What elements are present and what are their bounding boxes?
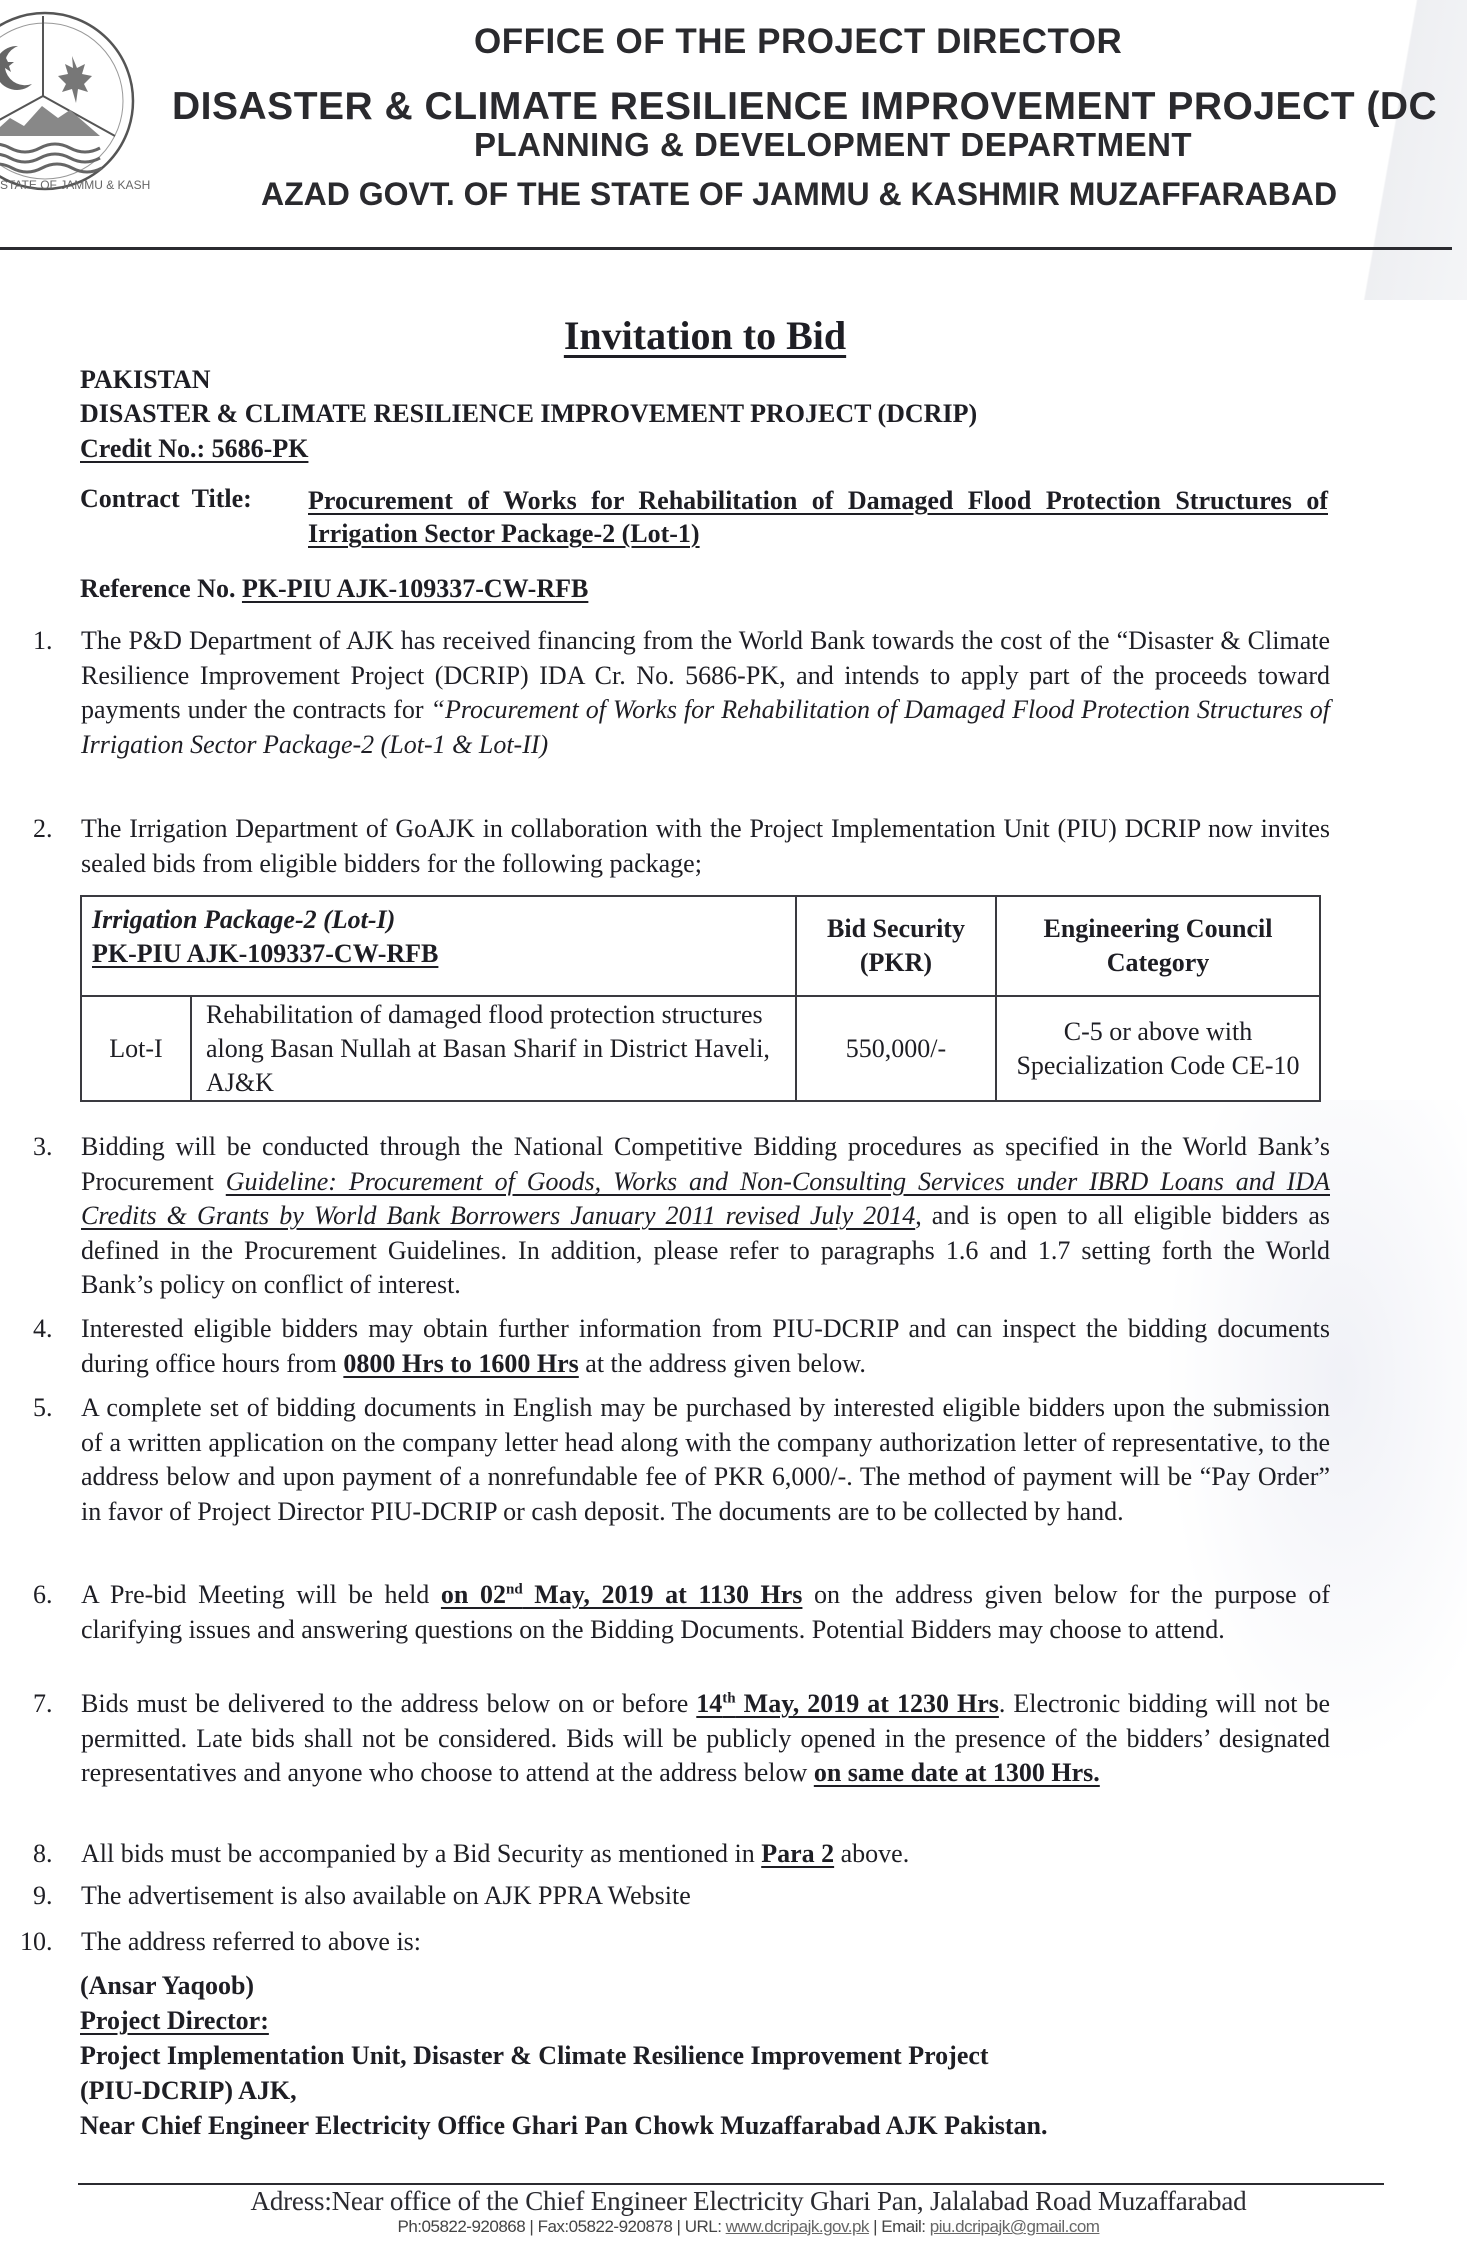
table-header-row: Irrigation Package-2 (Lot-I) PK-PIU AJK-… [81,896,1320,996]
footer-phone: Ph:05822-920868 [398,2217,526,2236]
date-day: on 02 [441,1580,506,1609]
paragraph-number: 1. [33,624,53,659]
paragraph-number: 4. [33,1312,53,1347]
paragraph-text: All bids must be accompanied by a Bid Se… [81,1837,1330,1872]
para-2-reference: Para 2 [761,1839,834,1868]
footer-url-label: URL: [685,2217,722,2236]
paragraph-text: The P&D Department of AJK has received f… [81,624,1330,762]
paragraph-number: 6. [33,1578,53,1613]
contract-title-label: Contract Title: [80,484,252,514]
document-title-text: Invitation to Bid [564,313,846,358]
paragraph-text: A complete set of bidding documents in E… [81,1391,1330,1529]
svg-text:STATE OF JAMMU & KASHMIR: STATE OF JAMMU & KASHMIR [0,178,150,192]
signature-block: (Ansar Yaqoob) Project Director: Project… [80,1968,1047,2143]
paragraph-text: Bids must be delivered to the address be… [81,1687,1330,1791]
paragraph-8: 8. All bids must be accompanied by a Bid… [0,1837,1330,1872]
bid-deadline-datetime: 14th May, 2019 at 1230 Hrs [696,1689,999,1718]
paragraph-number: 10. [20,1925,53,1960]
signatory-address: Near Chief Engineer Electricity Office G… [80,2108,1047,2143]
prebid-meeting-datetime: on 02nd May, 2019 at 1130 Hrs [441,1580,803,1609]
paragraph-text-a: Bids must be delivered to the address be… [81,1689,696,1718]
signatory-designation: Project Director: [80,2006,269,2035]
paragraph-number: 2. [33,812,53,847]
date-ordinal: th [722,1690,735,1706]
paper-fold-shadow [1347,0,1467,300]
paragraph-text-a: All bids must be accompanied by a Bid Se… [81,1839,761,1868]
paragraph-10: 10. The address referred to above is: [0,1925,1330,1960]
column-header-category: Engineering Council Category [996,896,1320,996]
document-title: Invitation to Bid [0,312,1410,359]
contract-title-text: Procurement of Works for Rehabilitation … [308,486,1328,548]
signatory-unit: Project Implementation Unit, Disaster & … [80,2038,1047,2073]
letterhead-project: DISASTER & CLIMATE RESILIENCE IMPROVEMEN… [172,85,1437,129]
paragraph-text-b: above. [834,1839,909,1868]
date-rest: May, 2019 at 1130 Hrs [523,1580,803,1609]
reference-label: Reference No. [80,574,235,603]
column-header-bid-security: Bid Security (PKR) [796,896,996,996]
paragraph-4: 4. Interested eligible bidders may obtai… [0,1312,1330,1381]
paragraph-text-a: A Pre-bid Meeting will be held [81,1580,441,1609]
paragraph-9: 9. The advertisement is also available o… [0,1879,1330,1914]
lot-cell: Lot-I [81,996,191,1101]
paragraph-text-b: at the address given below. [579,1349,866,1378]
paragraph-text: The address referred to above is: [81,1925,1330,1960]
bid-security-cell: 550,000/- [796,996,996,1101]
paragraph-text: Interested eligible bidders may obtain f… [81,1312,1330,1381]
paragraph-number: 9. [33,1879,53,1914]
bid-opening-time: on same date at 1300 Hrs. [814,1758,1100,1787]
reference-value: PK-PIU AJK-109337-CW-RFB [242,574,588,603]
footer-address: Adress:Near office of the Chief Engineer… [0,2186,1467,2217]
paragraph-text: The Irrigation Department of GoAJK in co… [81,812,1330,881]
separator: | [869,2217,881,2236]
paragraph-text: The advertisement is also available on A… [81,1879,1330,1914]
reference-number: Reference No. PK-PIU AJK-109337-CW-RFB [80,574,588,604]
paragraph-number: 8. [33,1837,53,1872]
letterhead-department: PLANNING & DEVELOPMENT DEPARTMENT [474,126,1192,164]
footer-email-label: Email: [881,2217,925,2236]
table-row: Lot-I Rehabilitation of damaged flood pr… [81,996,1320,1101]
package-reference: PK-PIU AJK-109337-CW-RFB [92,939,438,968]
credit-number: Credit No.: 5686-PK [80,434,308,464]
paragraph-7: 7. Bids must be delivered to the address… [0,1687,1330,1791]
paragraph-1: 1. The P&D Department of AJK has receive… [0,624,1330,762]
signatory-unit-short: (PIU-DCRIP) AJK, [80,2073,1047,2108]
letterhead-divider [0,247,1452,250]
date-ordinal: nd [506,1581,523,1597]
package-header-cell: Irrigation Package-2 (Lot-I) PK-PIU AJK-… [81,896,796,996]
contract-title-value: Procurement of Works for Rehabilitation … [308,484,1328,550]
office-hours: 0800 Hrs to 1600 Hrs [343,1349,578,1378]
country: PAKISTAN [80,365,211,395]
footer-fax: Fax:05822-920878 [538,2217,673,2236]
date-day: 14 [696,1689,722,1718]
project-name: DISASTER & CLIMATE RESILIENCE IMPROVEMEN… [80,399,977,429]
footer-url-link[interactable]: www.dcripajk.gov.pk [726,2217,869,2236]
paragraph-number: 5. [33,1391,53,1426]
description-cell: Rehabilitation of damaged flood protecti… [191,996,796,1101]
paragraph-5: 5. A complete set of bidding documents i… [0,1391,1330,1529]
paragraph-number: 3. [33,1130,53,1165]
paragraph-3: 3. Bidding will be conducted through the… [0,1130,1330,1303]
paragraph-number: 7. [33,1687,53,1722]
letterhead-government: AZAD GOVT. OF THE STATE OF JAMMU & KASHM… [261,176,1337,213]
paragraph-text: Bidding will be conducted through the Na… [81,1130,1330,1303]
category-cell: C-5 or above with Specialization Code CE… [996,996,1320,1101]
paragraph-text: A Pre-bid Meeting will be held on 02nd M… [81,1578,1330,1647]
footer-divider [78,2183,1384,2185]
package-table: Irrigation Package-2 (Lot-I) PK-PIU AJK-… [80,895,1321,1102]
ajk-state-emblem-icon: STATE OF JAMMU & KASHMIR [0,6,150,196]
separator: | [672,2217,684,2236]
signatory-name: (Ansar Yaqoob) [80,1968,1047,2003]
letterhead-office: OFFICE OF THE PROJECT DIRECTOR [474,22,1122,62]
date-rest: May, 2019 at 1230 Hrs [736,1689,999,1718]
package-name: Irrigation Package-2 (Lot-I) [92,903,785,937]
paragraph-2: 2. The Irrigation Department of GoAJK in… [0,812,1330,881]
paragraph-6: 6. A Pre-bid Meeting will be held on 02n… [0,1578,1330,1647]
footer-email-link[interactable]: piu.dcripajk@gmail.com [930,2217,1100,2236]
footer-contact: Ph:05822-920868 | Fax:05822-920878 | URL… [0,2217,1467,2237]
separator: | [525,2217,537,2236]
